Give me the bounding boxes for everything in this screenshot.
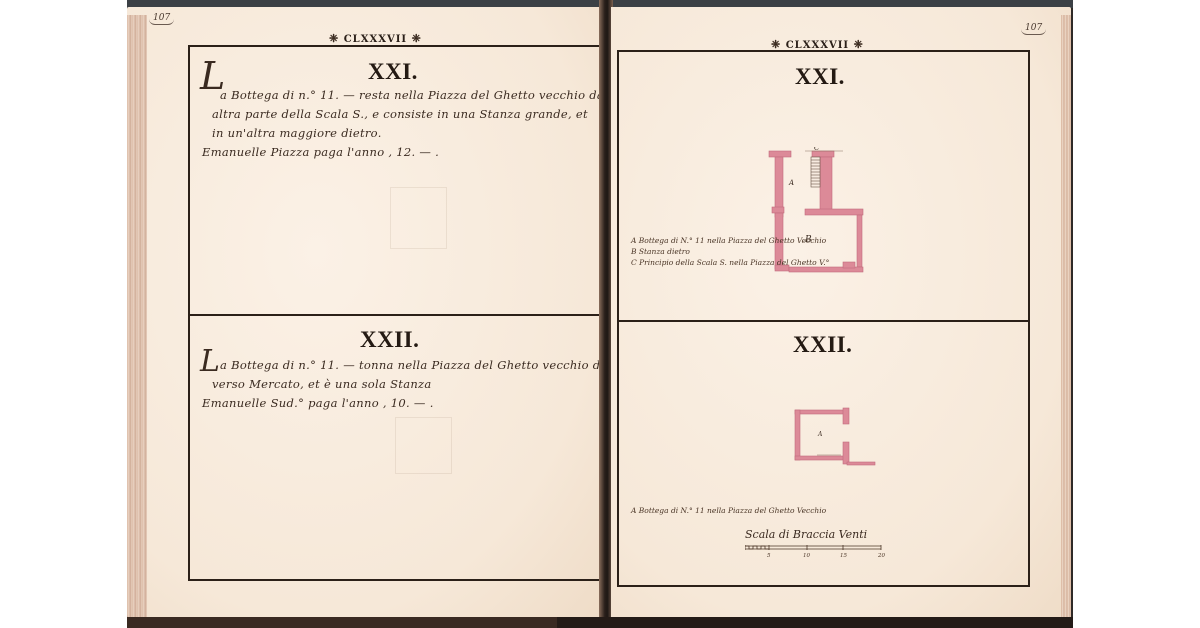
plan-legend: A Bottega di N.° 11 nella Piazza del Ghe…: [631, 235, 829, 268]
section-frame: XXI.: [617, 50, 1030, 587]
entry-line: a Bottega di n.° 11. — resta nella Piazz…: [220, 86, 616, 105]
scale-tick: 10: [803, 553, 810, 559]
page-edges-left: [127, 15, 147, 625]
bottom-binding: [127, 617, 1073, 628]
payment-line: Emanuelle Sud.° paga l'anno , 10. — .: [202, 394, 434, 413]
left-page: 107 ❈ CLXXXVII ❈ XXI. L a Bottega di n.°…: [127, 7, 601, 618]
entry-line: a Bottega di n.° 11. — tonna nella Piazz…: [220, 356, 604, 375]
plan-legend: A Bottega di N.° 11 nella Piazza del Ghe…: [631, 505, 826, 516]
entry-line: verso Mercato, et è una sola Stanza: [212, 375, 432, 394]
section-divider: [619, 320, 1028, 322]
header-numeral: CLXXXVII: [344, 34, 407, 45]
folio-number: 107: [1021, 23, 1046, 35]
plan-label-a: A: [817, 431, 823, 438]
payment-line: Emanuelle Piazza paga l'anno , 12. — .: [202, 143, 439, 162]
floor-plan-xxii: A: [791, 406, 881, 476]
scale-tick: 5: [767, 553, 771, 559]
section-number: XXI.: [368, 59, 418, 85]
scale-tick: 15: [840, 553, 847, 559]
plan-label-c: C: [814, 147, 820, 152]
page-header: ❈ CLXXXVII ❈: [329, 32, 422, 45]
scale-title: Scala di Braccia Venti: [745, 528, 867, 541]
page-edges-right: [1061, 15, 1071, 625]
bleed-through: [390, 187, 447, 249]
right-page: 107 ❈ CLXXXVII ❈ XXI.: [611, 7, 1071, 618]
legend-item-b: B Stanza dietro: [631, 246, 829, 257]
entry-line: altra parte della Scala S., e consiste i…: [212, 105, 588, 124]
ornament-icon: ❈: [329, 32, 339, 45]
section-number: XXII.: [360, 327, 419, 353]
legend-item-c: C Principio della Scala S. nella Piazza …: [631, 257, 829, 268]
folio-number: 107: [149, 13, 174, 25]
scale-tick: 20: [878, 553, 885, 559]
section-number: XXII.: [793, 332, 852, 358]
entry-line: in un'altra maggiore dietro.: [212, 124, 382, 143]
bleed-through: [395, 417, 452, 474]
section-frame: XXI. L a Bottega di n.° 11. — resta nell…: [188, 45, 603, 581]
legend-item-a: A Bottega di N.° 11 nella Piazza del Ghe…: [631, 235, 829, 246]
scale-bar: [745, 543, 885, 553]
ornament-icon: ❈: [412, 32, 422, 45]
plan-label-a: A: [788, 179, 794, 187]
section-number: XXI.: [795, 64, 845, 90]
legend-item-a: A Bottega di N.° 11 nella Piazza del Ghe…: [631, 505, 826, 516]
section-divider: [190, 314, 601, 316]
manuscript-spread: 107 ❈ CLXXXVII ❈ XXI. L a Bottega di n.°…: [127, 0, 1073, 628]
